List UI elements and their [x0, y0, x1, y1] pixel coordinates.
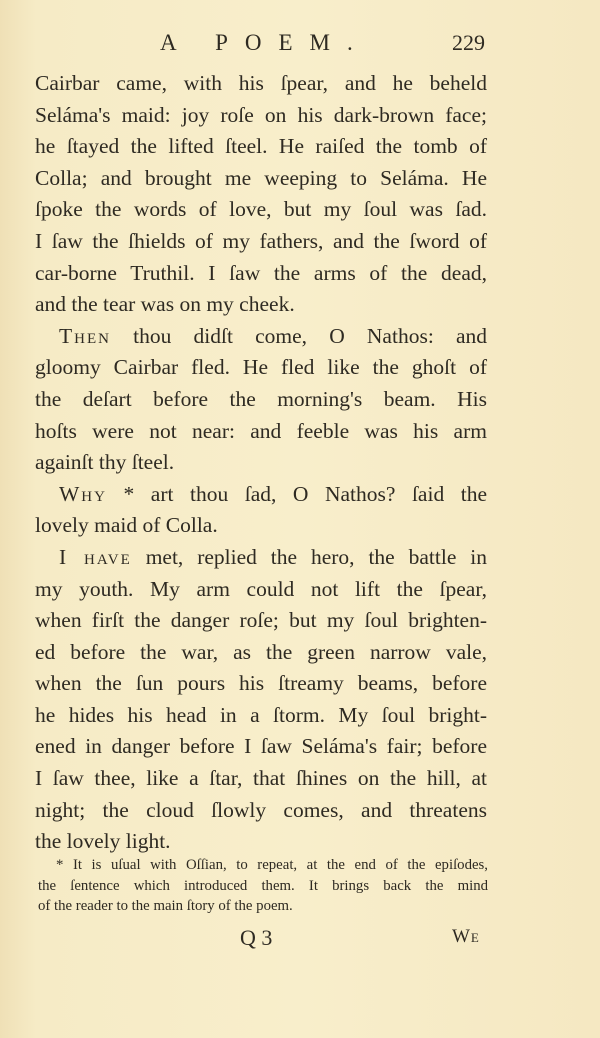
- book-page: A POEM. 229 Cairbar came, with his ſpear…: [0, 0, 600, 1038]
- text-line: hoſts were not near: and feeble was his …: [35, 416, 487, 448]
- text-line: and the tear was on my cheek.: [35, 289, 487, 321]
- text-line: ened in danger before I ſaw Seláma's fai…: [35, 731, 487, 763]
- lead-word: Why: [59, 482, 107, 506]
- footnote-line: * It is uſual with Oſſian, to repeat, at…: [38, 855, 488, 876]
- text-line: he hides his head in a ſtorm. My ſoul br…: [35, 700, 487, 732]
- text-line: the lovely light.: [35, 826, 487, 858]
- footnote-line: of the reader to the main ſtory of the p…: [38, 896, 488, 917]
- text-line: Cairbar came, with his ſpear, and he beh…: [35, 68, 487, 100]
- catchword: We: [452, 926, 480, 948]
- lead-word: Then: [59, 324, 111, 348]
- paragraph-start: I have met, replied the hero, the battle…: [35, 542, 487, 574]
- text-line: Seláma's maid: joy roſe on his dark-brow…: [35, 100, 487, 132]
- text-line: lovely maid of Colla.: [35, 510, 487, 542]
- body-text: Cairbar came, with his ſpear, and he beh…: [35, 68, 487, 858]
- running-title: A POEM.: [160, 30, 370, 56]
- text-line: ſpoke the words of love, but my ſoul was…: [35, 194, 487, 226]
- text-line: ed before the war, as the green narrow v…: [35, 637, 487, 669]
- text-line: my youth. My arm could not lift the ſpea…: [35, 574, 487, 606]
- page-number: 229: [452, 30, 485, 56]
- lead-word: I have: [59, 545, 132, 569]
- text-line: gloomy Cairbar fled. He fled like the gh…: [35, 352, 487, 384]
- footnote-line: the ſentence which introduced them. It b…: [38, 876, 488, 897]
- signature-mark: Q 3: [240, 925, 272, 951]
- text-line: night; the cloud ſlowly comes, and threa…: [35, 795, 487, 827]
- text-line: car-borne Truthil. I ſaw the arms of the…: [35, 258, 487, 290]
- text-line: the deſart before the morning's beam. Hi…: [35, 384, 487, 416]
- text-line: when the ſun pours his ſtreamy beams, be…: [35, 668, 487, 700]
- text-line: he ſtayed the lifted ſteel. He raiſed th…: [35, 131, 487, 163]
- text-line: when firſt the danger roſe; but my ſoul …: [35, 605, 487, 637]
- page-header: A POEM. 229: [0, 30, 600, 60]
- text-line: I ſaw thee, like a ſtar, that ſhines on …: [35, 763, 487, 795]
- paragraph-start: Then thou didſt come, O Nathos: and: [35, 321, 487, 353]
- text-line: Colla; and brought me weeping to Seláma.…: [35, 163, 487, 195]
- paragraph-start: Why * art thou ſad, O Nathos? ſaid the: [35, 479, 487, 511]
- text-line: I ſaw the ſhields of my fathers, and the…: [35, 226, 487, 258]
- text-line: againſt thy ſteel.: [35, 447, 487, 479]
- footnote: * It is uſual with Oſſian, to repeat, at…: [38, 855, 488, 917]
